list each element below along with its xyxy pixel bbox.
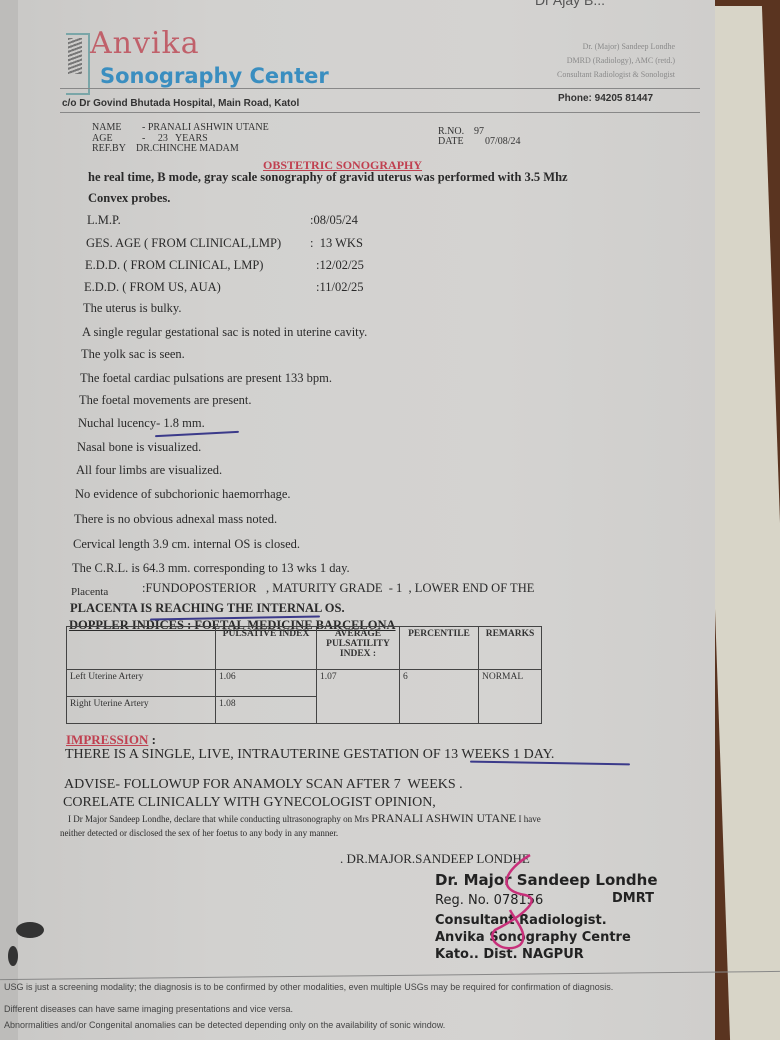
impression-label: IMPRESSION bbox=[66, 732, 148, 747]
field-label: E.D.D. ( FROM CLINICAL, LMP) bbox=[85, 258, 263, 273]
patient-name-label: NAME bbox=[92, 122, 121, 133]
page-shadow-edge bbox=[0, 0, 18, 1040]
doppler-header: AVERAGE PULSATILITY INDEX : bbox=[317, 627, 400, 670]
header-divider bbox=[60, 88, 700, 89]
doctor-info-line: Consultant Radiologist & Sonologist bbox=[500, 68, 675, 82]
disclaimer-line: USG is just a screening modality; the di… bbox=[4, 982, 613, 992]
footer-divider bbox=[0, 971, 780, 980]
declaration-line: neither detected or disclosed the sex of… bbox=[60, 828, 338, 838]
patient-name: - PRANALI ASHWIN UTANE bbox=[142, 122, 269, 133]
placenta-label: Placenta bbox=[71, 586, 108, 598]
handwritten-signature-icon bbox=[485, 850, 545, 960]
impression-colon: : bbox=[148, 732, 156, 747]
advise-text: ADVISE- FOLLOWUP FOR ANAMOLY SCAN AFTER … bbox=[64, 777, 463, 793]
doctor-info-line: Dr. (Major) Sandeep Londhe bbox=[500, 40, 675, 54]
finding: Nasal bone is visualized. bbox=[77, 440, 201, 455]
ink-blot bbox=[16, 922, 44, 938]
brand-name: Anvika bbox=[90, 26, 200, 61]
finding: There is no obvious adnexal mass noted. bbox=[74, 512, 277, 527]
disclaimer-line: Abnormalities and/or Congenital anomalie… bbox=[4, 1020, 445, 1030]
intro-text: he real time, B mode, gray scale sonogra… bbox=[88, 170, 568, 185]
doppler-header-blank bbox=[67, 627, 216, 670]
pen-underline bbox=[470, 761, 630, 766]
report-page: Dr Ajay B... Anvika Sonography Center Dr… bbox=[0, 0, 715, 1040]
finding: The yolk sac is seen. bbox=[81, 347, 185, 362]
doppler-header: PULSATIVE INDEX bbox=[216, 627, 317, 670]
doppler-pi: 1.06 bbox=[216, 670, 317, 697]
finding: All four limbs are visualized. bbox=[76, 463, 222, 478]
finding: Nuchal lucency- 1.8 mm. bbox=[78, 416, 205, 431]
doppler-average-pi: 1.07 bbox=[317, 670, 400, 724]
header-divider bbox=[60, 112, 700, 113]
finding: The foetal cardiac pulsations are presen… bbox=[80, 371, 332, 386]
clinic-address: c/o Dr Govind Bhutada Hospital, Main Roa… bbox=[62, 98, 299, 109]
declaration-text: I Dr Major Sandeep Londhe, declare that … bbox=[68, 814, 369, 824]
doppler-remarks: NORMAL bbox=[479, 670, 542, 724]
field-label: E.D.D. ( FROM US, AUA) bbox=[84, 280, 221, 295]
field-value: : 13 WKS bbox=[310, 236, 363, 251]
logo-probe-icon bbox=[68, 38, 82, 74]
doppler-header: REMARKS bbox=[479, 627, 542, 670]
doppler-artery: Left Uterine Artery bbox=[67, 670, 216, 697]
field-value: :08/05/24 bbox=[310, 213, 358, 228]
doctor-info: Dr. (Major) Sandeep Londhe DMRD (Radiolo… bbox=[500, 40, 675, 82]
stamp-degree: DMRT bbox=[612, 891, 654, 906]
stamp-line: Dr. Major Sandeep Londhe bbox=[435, 871, 658, 889]
brand-subtitle: Sonography Center bbox=[100, 64, 329, 88]
doppler-pi: 1.08 bbox=[216, 697, 317, 724]
report-number: 97 bbox=[474, 126, 484, 137]
advise-text: CORELATE CLINICALLY WITH GYNECOLOGIST OP… bbox=[63, 795, 436, 811]
declaration-patient-name: PRANALI ASHWIN UTANE bbox=[371, 811, 516, 825]
field-value: :12/02/25 bbox=[316, 258, 364, 273]
finding: No evidence of subchorionic haemorrhage. bbox=[75, 487, 291, 502]
pen-underline bbox=[155, 431, 239, 437]
disclaimer-line: Different diseases can have same imaging… bbox=[4, 1004, 293, 1014]
finding: The C.R.L. is 64.3 mm. corresponding to … bbox=[72, 561, 350, 576]
report-date: 07/08/24 bbox=[485, 136, 521, 147]
finding: The uterus is bulky. bbox=[83, 301, 181, 316]
field-label: L.M.P. bbox=[87, 213, 121, 228]
placenta-value: :FUNDOPOSTERIOR , MATURITY GRADE - 1 , L… bbox=[142, 581, 534, 596]
declaration-line: I Dr Major Sandeep Londhe, declare that … bbox=[68, 811, 541, 826]
declaration-text: I have bbox=[518, 814, 540, 824]
report-date-label: DATE bbox=[438, 136, 464, 147]
finding: A single regular gestational sac is note… bbox=[82, 325, 367, 340]
placenta-value-continued: PLACENTA IS REACHING THE INTERNAL OS. bbox=[70, 601, 345, 616]
top-fragment-text: Dr Ajay B... bbox=[535, 0, 605, 8]
doppler-artery: Right Uterine Artery bbox=[67, 697, 216, 724]
field-value: :11/02/25 bbox=[316, 280, 363, 295]
finding: The foetal movements are present. bbox=[79, 393, 252, 408]
doppler-table: PULSATIVE INDEX AVERAGE PULSATILITY INDE… bbox=[66, 626, 542, 724]
referred-by-label: REF.BY bbox=[92, 143, 126, 154]
field-label: GES. AGE ( FROM CLINICAL,LMP) bbox=[86, 236, 281, 251]
finding: Cervical length 3.9 cm. internal OS is c… bbox=[73, 537, 300, 552]
impression-heading: IMPRESSION : bbox=[66, 732, 156, 748]
doppler-header: PERCENTILE bbox=[400, 627, 479, 670]
ink-blot bbox=[8, 946, 18, 966]
doppler-percentile: 6 bbox=[400, 670, 479, 724]
doctor-info-line: DMRD (Radiology), AMC (retd.) bbox=[500, 54, 675, 68]
referred-by: DR.CHINCHE MADAM bbox=[136, 143, 239, 154]
clinic-phone: Phone: 94205 81447 bbox=[558, 93, 653, 104]
intro-text: Convex probes. bbox=[88, 191, 170, 206]
